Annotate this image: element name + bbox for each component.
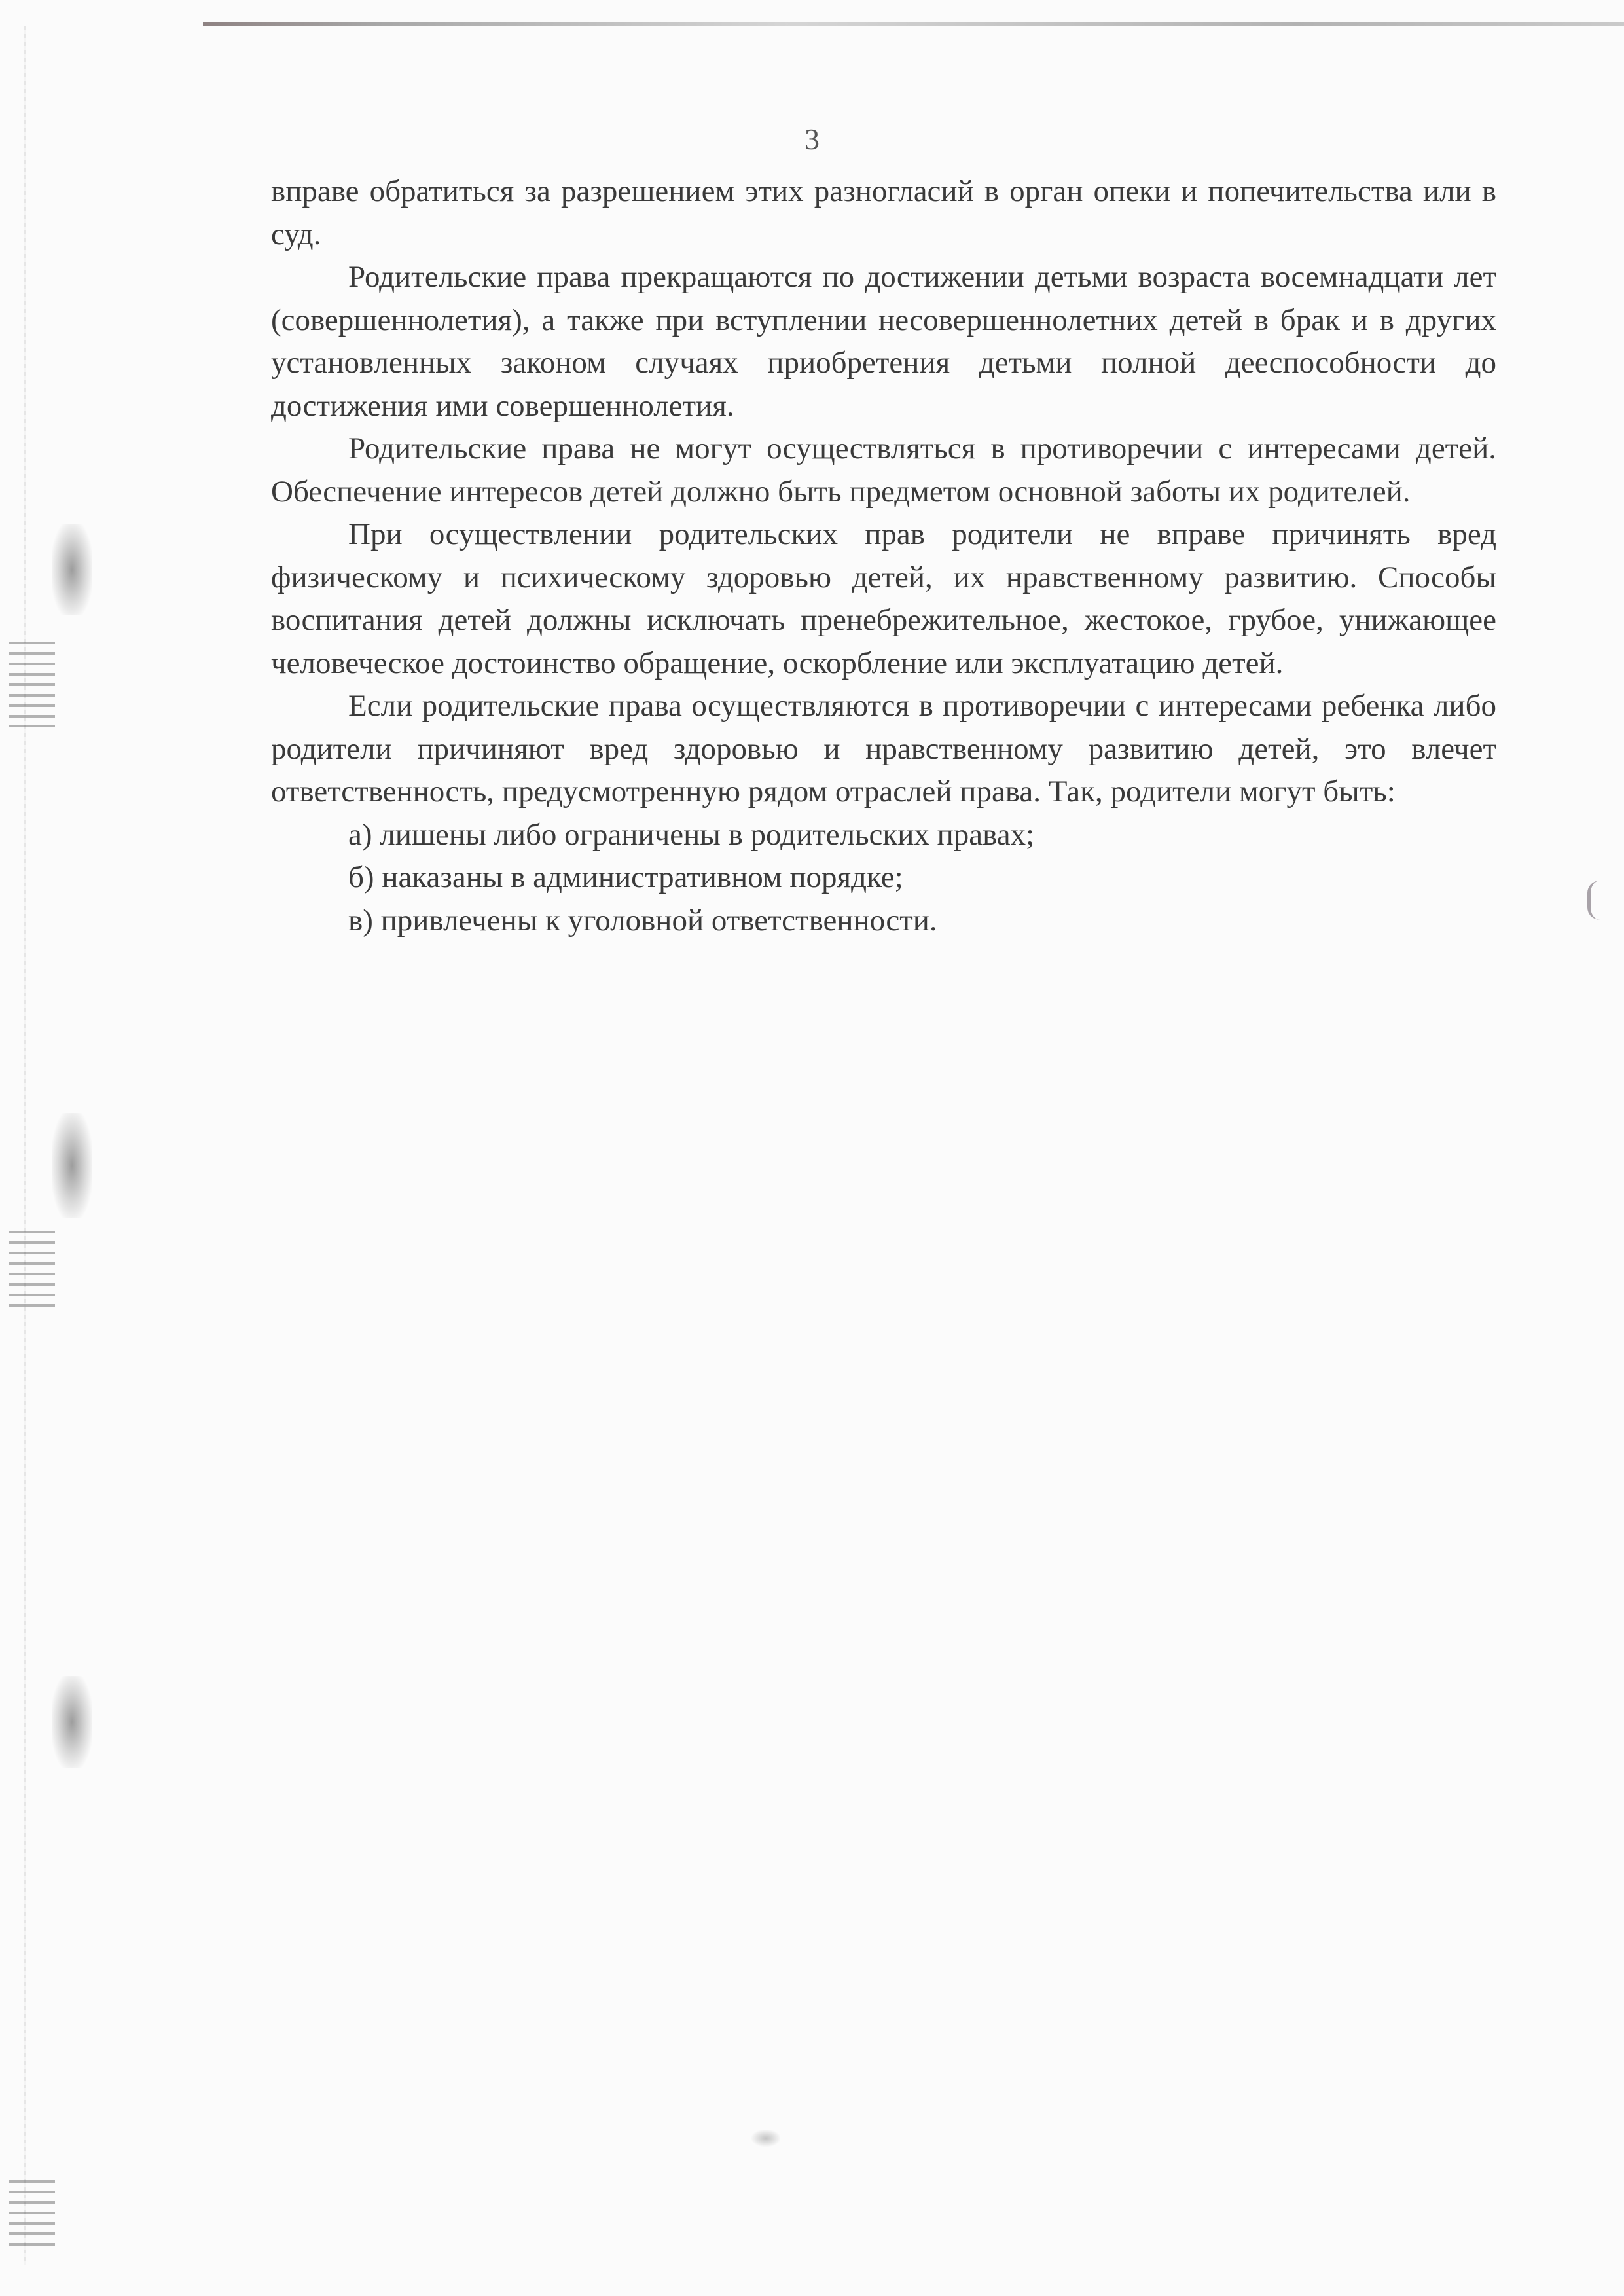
paragraph-prohibited-harm: При осуществлении родительских прав роди… xyxy=(271,513,1496,685)
document-body: вправе обратиться за разрешением этих ра… xyxy=(271,170,1496,942)
scan-punch-marks xyxy=(9,1231,55,1309)
scan-punch-marks xyxy=(9,2180,55,2252)
scan-hole-mark xyxy=(1587,881,1600,920)
list-item-administrative: б) наказаны в административном порядке; xyxy=(271,856,1496,900)
scan-smudge xyxy=(751,2130,780,2147)
scan-smudge xyxy=(52,524,92,615)
page-number: 3 xyxy=(0,122,1624,156)
paragraph-interests-of-children: Родительские права не могут осуществлять… xyxy=(271,428,1496,513)
paragraph-continuation: вправе обратиться за разрешением этих ра… xyxy=(271,170,1496,256)
scan-smudge xyxy=(52,1113,92,1218)
list-item-deprivation: а) лишены либо ограничены в родительских… xyxy=(271,814,1496,857)
scan-edge-line xyxy=(203,22,1624,26)
scan-left-edge xyxy=(24,26,26,2265)
scan-smudge xyxy=(52,1676,92,1768)
paragraph-liability: Если родительские права осуществляются в… xyxy=(271,685,1496,814)
list-item-criminal: в) привлечены к уголовной ответственност… xyxy=(271,900,1496,943)
scan-punch-marks xyxy=(9,642,55,727)
paragraph-termination-of-rights: Родительские права прекращаются по дости… xyxy=(271,256,1496,428)
